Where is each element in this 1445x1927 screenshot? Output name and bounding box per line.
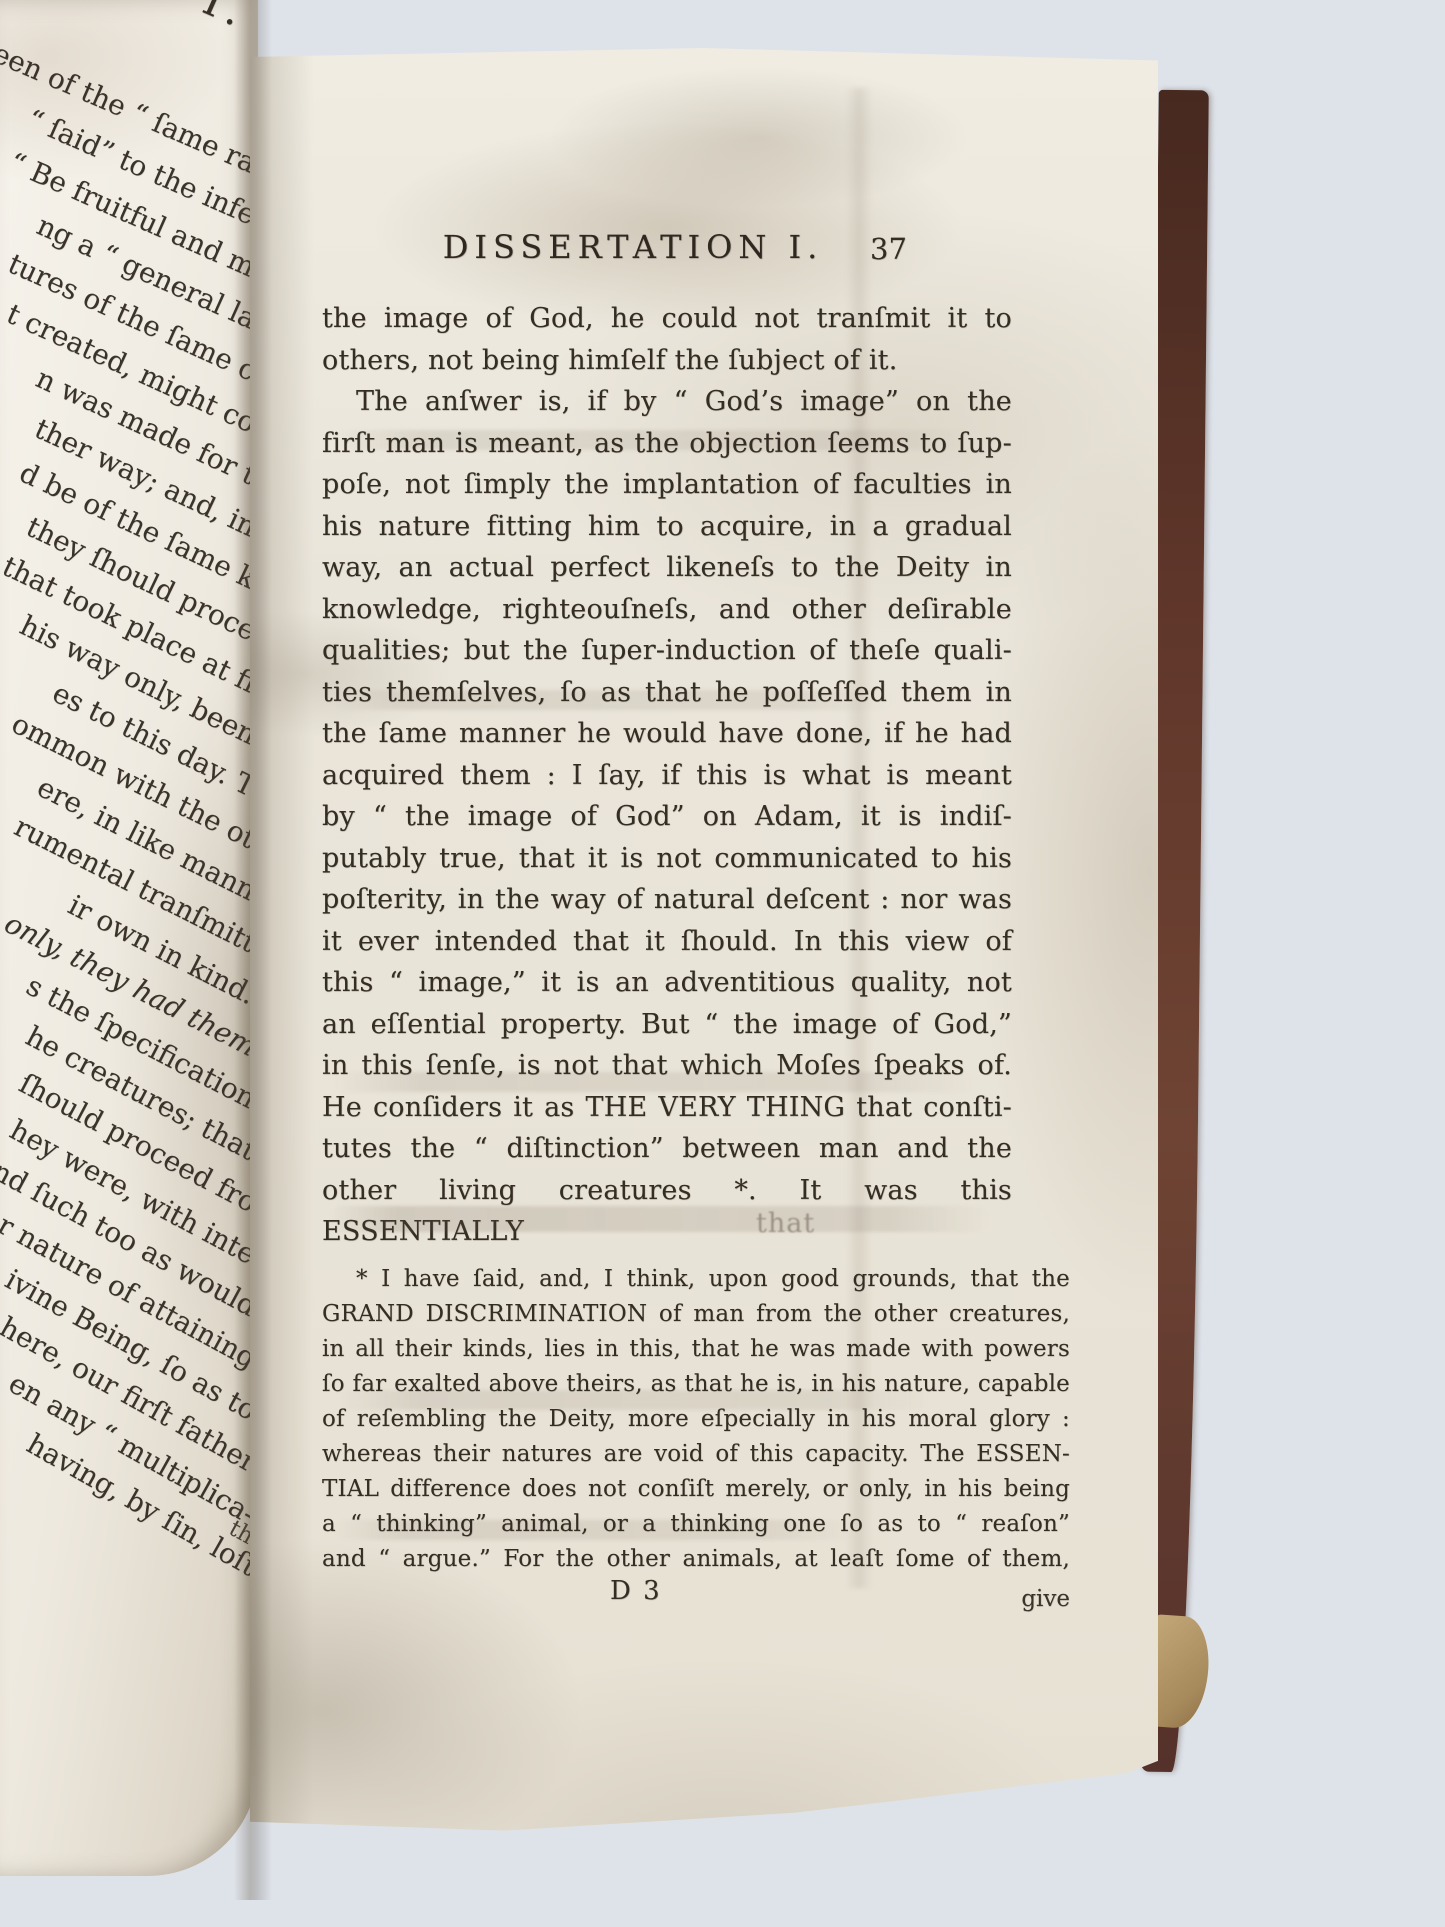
body-line: the image of God, he could not tranſmit … [322, 298, 1012, 340]
footnote-line: ſo far exalted above theirs, as that he … [322, 1367, 1070, 1402]
footnote-line: of reſembling the Deity, more eſpecially… [322, 1402, 1070, 1437]
right-page: DISSERTATION I. 37 the image of God, he … [250, 48, 1158, 1836]
body-line: in this ſenſe, is not that which Moſes ſ… [322, 1045, 1012, 1087]
body-line: by “ the image of God” on Adam, it is in… [322, 796, 1012, 838]
ghost-catchword: that [756, 1208, 815, 1239]
body-line: putably true, that it is not communicate… [322, 838, 1012, 880]
body-line: other living creatures *. It was this ES… [322, 1170, 1012, 1212]
body-line: it ever intended that it ſhould. In this… [322, 921, 1012, 963]
left-page-header-fragment: TION I. [42, 0, 258, 39]
book-photo: TION I. een of the “ ſame ra“ ſaid” to t… [0, 0, 1445, 1927]
body-line: poſe, not ſimply the implantation of fac… [322, 464, 1012, 506]
body-line: qualities; but the ſuper-induction of th… [322, 630, 1012, 672]
body-line: his nature fitting him to acquire, in a … [322, 506, 1012, 548]
footnote-line: GRAND DISCRIMINATION of man from the oth… [322, 1297, 1070, 1332]
body-line: way, an actual perfect likeneſs to the D… [322, 547, 1012, 589]
signature-mark: D 3 [610, 1576, 662, 1606]
body-line: the ſame manner he would have done, if h… [322, 713, 1012, 755]
body-line: He conſiders it as THE VERY THING that c… [322, 1087, 1012, 1129]
left-page: TION I. een of the “ ſame ra“ ſaid” to t… [0, 0, 258, 1876]
footnote-line: and “ argue.” For the other animals, at … [322, 1542, 1070, 1577]
catchword: give [1021, 1586, 1070, 1612]
footnote-line: TIAL difference does not conſiſt merely,… [322, 1472, 1070, 1507]
body-line: firſt man is meant, as the objection ſee… [322, 423, 1012, 465]
body-line: ties themſelves, ſo as that he poſſeſſed… [322, 672, 1012, 714]
page-header: DISSERTATION I. [443, 228, 824, 266]
body-line: knowledge, righteouſneſs, and other deſi… [322, 589, 1012, 631]
body-text: the image of God, he could not tranſmit … [322, 298, 1012, 1211]
page-number: 37 [870, 232, 907, 266]
body-line: The anſwer is, if by “ God’s image” on t… [322, 381, 1012, 423]
footnote-line: in all their kinds, lies in this, that h… [322, 1332, 1070, 1367]
body-line: others, not being himſelf the ſubject of… [322, 340, 1012, 382]
body-line: this “ image,” it is an adventitious qua… [322, 962, 1012, 1004]
body-line: tutes the “ diſtinction” between man and… [322, 1128, 1012, 1170]
body-line: poſterity, in the way of natural deſcent… [322, 879, 1012, 921]
footnote-line: * I have ſaid, and, I think, upon good g… [322, 1262, 1070, 1297]
show-through-band [330, 1206, 990, 1232]
body-line: an eſſential property. But “ the image o… [322, 1004, 1012, 1046]
footnote-text: * I have ſaid, and, I think, upon good g… [322, 1262, 1070, 1577]
footnote-line: whereas their natures are void of this c… [322, 1437, 1070, 1472]
body-line: acquired them : I ſay, if this is what i… [322, 755, 1012, 797]
footnote-line: a “ thinking” animal, or a thinking one … [322, 1507, 1070, 1542]
